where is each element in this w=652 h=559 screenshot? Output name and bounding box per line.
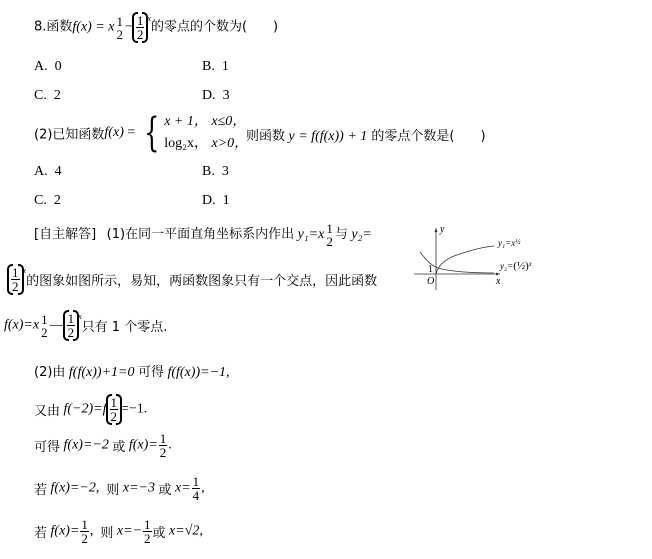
x-axis-label: x — [496, 276, 500, 287]
q2-cases: x + 1， x≤0，log₂x， x>0， — [164, 111, 248, 155]
q2-fx: f(x) — [104, 125, 123, 140]
q8-suffix: 的零点的个数为( ) — [151, 20, 278, 35]
q8-option-b[interactable]: B. 1 — [202, 59, 229, 75]
y2-label: y₂=(½)x — [500, 260, 532, 272]
left-brace-icon: { — [144, 113, 159, 153]
tick-1-label: 1 — [428, 264, 433, 275]
solution-line-3: f(x)=x12—12x只有 1 个零点. — [4, 312, 167, 339]
y-axis-label: y — [440, 224, 444, 235]
q2-suffix-line: 则函数 y = f(f(x)) + 1 的零点个数是( ) — [246, 125, 486, 145]
q8-frac: 12 — [116, 15, 125, 41]
solution-line-6: 可得 f(x)=−2 或 f(x)=12. — [34, 432, 172, 459]
q8-eq: = x — [92, 20, 115, 35]
question-8: 8.函数f(x) = x12−12x的零点的个数为( ) — [34, 14, 278, 41]
q8-option-c[interactable]: C. 2 — [34, 88, 61, 104]
q2-option-d[interactable]: D. 1 — [202, 193, 230, 209]
solution-line-8: 若 f(x)=12, 则 x=−12或 x=√2, — [34, 518, 203, 545]
q8-prefix: 8.函数 — [34, 20, 72, 35]
solution-line-7: 若 f(x)=−2, 则 x=−3 或 x=14, — [34, 475, 205, 502]
q8-option-a[interactable]: A. 0 — [34, 59, 62, 75]
q2-eq: = — [124, 125, 139, 140]
q2-prefix: (2)已知函数 — [34, 128, 104, 143]
solution-tag: [自主解答] — [34, 227, 96, 242]
y1-label: y₁=x½ — [498, 238, 520, 248]
solution-line-2: 12x的图象如图所示，易知，两函数图象只有一个交点，因此函数 — [8, 266, 377, 293]
q2-option-b[interactable]: B. 3 — [202, 164, 229, 180]
solution-line-4: (2)由 f(f(x))+1=0 可得 f(f(x))=−1, — [34, 361, 230, 381]
origin-label: O — [427, 276, 434, 287]
q2-option-a[interactable]: A. 4 — [34, 164, 62, 180]
solution-line-1: [自主解答] (1)在同一平面直角坐标系内作出 y₁=x12与 y₂= — [34, 222, 372, 248]
q8-fx: f(x) — [72, 20, 91, 35]
solution-line-5: 又由 f(−2)=f12=−1. — [34, 396, 147, 423]
function-graph: y x O 1 y₁=x½ y₂=(½)x — [412, 222, 552, 297]
question-2: (2)已知函数f(x) = {x + 1， x≤0，log₂x， x>0， — [34, 111, 248, 155]
q8-option-d[interactable]: D. 3 — [202, 88, 230, 104]
q2-option-c[interactable]: C. 2 — [34, 193, 61, 209]
q8-paren: 12 — [133, 14, 148, 41]
